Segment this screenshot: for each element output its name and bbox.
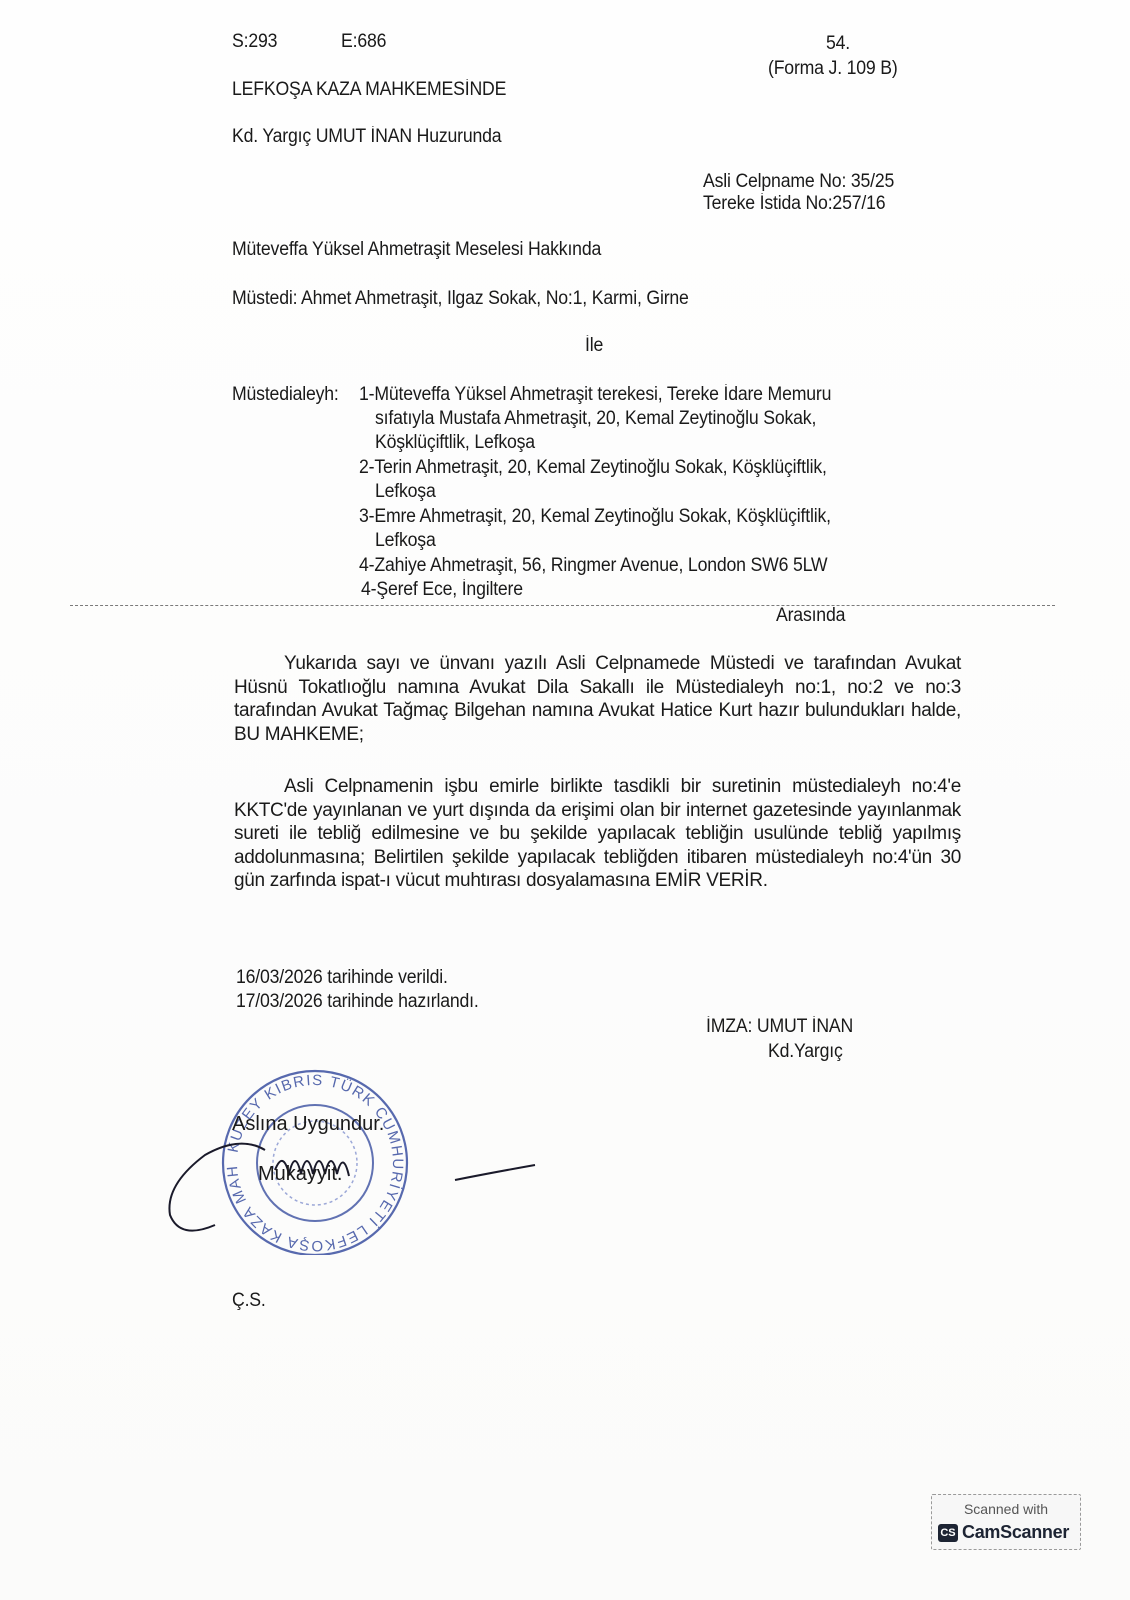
order-paragraph-2: Asli Celpnamenin işbu emirle birlikte ta… <box>234 775 961 893</box>
signature-title: Kd.Yargıç <box>768 1041 843 1063</box>
matter-title: Müteveffa Yüksel Ahmetraşit Meselesi Hak… <box>232 239 601 261</box>
watermark-brand: CamScanner <box>962 1522 1069 1543</box>
plaintiff: Müstedi: Ahmet Ahmetraşit, Ilgaz Sokak, … <box>232 288 689 310</box>
initials: Ç.S. <box>232 1290 266 1312</box>
section-divider <box>70 605 1055 606</box>
page-number: 54. <box>826 33 850 55</box>
camscanner-watermark: Scanned with CS CamScanner <box>931 1494 1081 1550</box>
defendant-2-line-2: Lefkoşa <box>375 481 436 503</box>
camscanner-logo-icon: CS <box>938 1524 958 1542</box>
watermark-brand-row: CS CamScanner <box>938 1522 1069 1543</box>
order-paragraph-1: Yukarıda sayı ve ünvanı yazılı Asli Celp… <box>234 652 961 746</box>
celpname-number: Asli Celpname No: 35/25 <box>703 171 894 193</box>
defendant-1-line-2: sıfatıyla Mustafa Ahmetraşit, 20, Kemal … <box>375 408 816 430</box>
defendant-2-line-1: 2-Terin Ahmetraşit, 20, Kemal Zeytinoğlu… <box>359 457 827 479</box>
defendant-3-line-1: 3-Emre Ahmetraşit, 20, Kemal Zeytinoğlu … <box>359 506 831 528</box>
form-number: (Forma J. 109 B) <box>768 58 898 80</box>
court-stamp-icon: KUZEY KIBRIS TÜRK CUMHURİYETİ LEFKOŞA KA… <box>160 1045 560 1255</box>
date-given: 16/03/2026 tarihinde verildi. <box>236 967 448 989</box>
court-name: LEFKOŞA KAZA MAHKEMESİNDE <box>232 79 506 101</box>
case-e-number: E:686 <box>341 31 386 53</box>
defendant-4-line-1: 4-Zahiye Ahmetraşit, 56, Ringmer Avenue,… <box>359 555 827 577</box>
defendant-1-line-1: 1-Müteveffa Yüksel Ahmetraşit terekesi, … <box>359 384 831 406</box>
defendant-1-line-3: Köşklüçiftlik, Lefkoşa <box>375 432 535 454</box>
date-prepared: 17/03/2026 tarihinde hazırlandı. <box>236 991 479 1013</box>
stamp-registrar-text: Mukayyit. <box>258 1163 342 1186</box>
signature-name: İMZA: UMUT İNAN <box>706 1016 853 1038</box>
between-label: Arasında <box>776 605 845 627</box>
defendant-5-line-1: 4-Şeref Ece, İngiltere <box>361 579 523 601</box>
defendant-3-line-2: Lefkoşa <box>375 530 436 552</box>
stamp-certify-text: Aslına Uygundur. <box>232 1113 384 1136</box>
tereke-number: Tereke İstida No:257/16 <box>703 193 885 215</box>
watermark-caption: Scanned with <box>932 1501 1080 1517</box>
document-page: S:293 E:686 54. (Forma J. 109 B) LEFKOŞA… <box>0 0 1130 1600</box>
conjunction: İle <box>585 335 603 357</box>
defendants-label: Müstedialeyh: <box>232 384 339 406</box>
judge-presence: Kd. Yargıç UMUT İNAN Huzurunda <box>232 126 501 148</box>
case-s-number: S:293 <box>232 31 277 53</box>
